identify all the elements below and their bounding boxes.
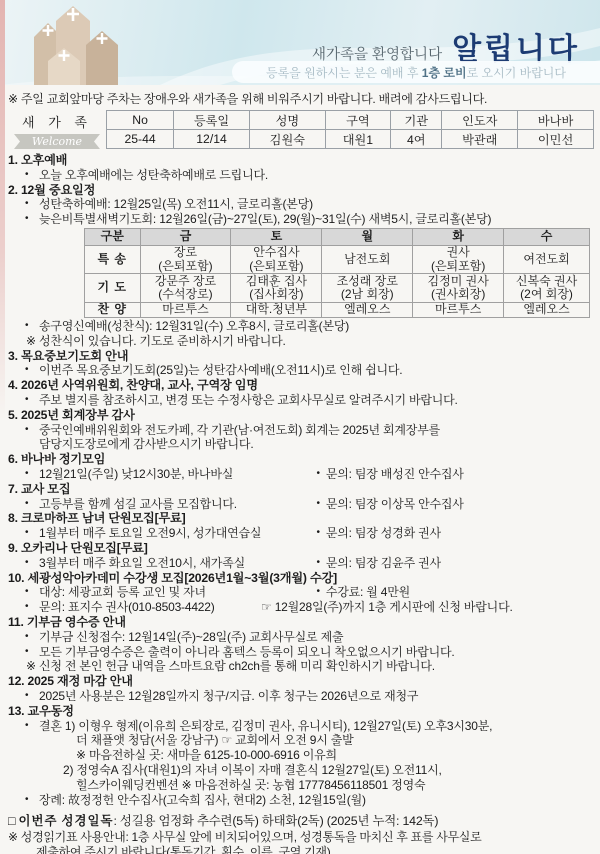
bullet-icon: •	[25, 585, 28, 600]
line-text-right: 수강료: 월 4만원	[326, 585, 410, 600]
section-line: •대상: 세광교회 등록 교인 및 자녀•수강료: 월 4만원	[8, 585, 594, 600]
schedule-row: 특 송장로(은퇴포함)안수집사(은퇴포함)남전도회권사(은퇴포함)여전도회	[85, 245, 590, 273]
reading-names: : 성길용 엄정화 추수련(5독) 하태화(2독) (2025년 누적: 142…	[113, 814, 438, 828]
bullet-icon: •	[25, 319, 28, 334]
schedule-header-row: 구분금토월화수	[85, 228, 590, 245]
bullet-icon: •	[317, 585, 320, 600]
schedule-col-header: 수	[504, 228, 590, 245]
schedule-row-label: 기 도	[85, 274, 141, 302]
schedule-cell-line: (수석장로)	[141, 288, 231, 301]
bullet-icon: •	[25, 645, 28, 660]
section-item: 13. 교우동정•결혼 1) 이형우 형제(이유희 은퇴장로, 김정미 권사, …	[8, 704, 594, 808]
schedule-cell-line: 안수집사	[231, 246, 321, 259]
welcome-ribbon-text: Welcome	[32, 135, 82, 148]
section-title: 6. 바나바 정기모임	[8, 452, 594, 467]
newcomer-col-header: 구역	[325, 111, 390, 130]
line-right-group: •수강료: 월 4만원	[317, 585, 595, 600]
line-right-group: •문의: 팀장 성경화 권사	[317, 526, 595, 541]
line-text-right: 문의: 팀장 성경화 권사	[326, 526, 441, 541]
reading-guide-line2: 제출하여 주시기 바랍니다(통독기간, 횟수, 이름, 구역 기재).	[8, 845, 594, 854]
schedule-cell-line: (은퇴포함)	[413, 260, 503, 273]
schedule-cell: 여전도회	[504, 245, 590, 273]
line-text: 성탄축하예배: 12월25일(목) 오전11시, 글로리홀(본당)	[39, 197, 313, 211]
bullet-icon: •	[25, 526, 28, 541]
line-text-left: 문의: 표지수 권사(010-8503-4422)	[39, 600, 261, 615]
section-line: •주보 별지를 참조하시고, 변경 또는 수정사항은 교회사무실로 알려주시기 …	[8, 393, 594, 408]
line-text-left: 3월부터 매주 화요일 오전10시, 새가족실	[39, 556, 317, 571]
schedule-cell: 조성래 장로(2남 회장)	[322, 274, 413, 302]
section-line: •이번주 목요중보기도회(25일)는 성탄감사예배(오전11시)로 인해 쉽니다…	[8, 363, 594, 378]
bullet-icon: •	[25, 556, 28, 571]
newcomer-col-header: 바나바	[518, 111, 594, 130]
line-text: 오늘 오후예배에는 성탄축하예배로 드립니다.	[39, 168, 268, 182]
line-text: 주보 별지를 참조하시고, 변경 또는 수정사항은 교회사무실로 알려주시기 바…	[39, 393, 458, 407]
line-text: 힐스카이웨딩컨벤션 ※ 마음전하실 곳: 농협 17778456118501 정…	[76, 778, 425, 792]
schedule-cell-line: 남전도회	[322, 253, 412, 266]
schedule-cell: 권사(은퇴포함)	[413, 245, 504, 273]
section-title: 10. 세광성악아카데미 수강생 모집[2026년1월~3월(3개월) 수강]	[8, 571, 594, 586]
section-line: ※ 마음전하실 곳: 새마을 6125-10-000-6916 이유희	[8, 748, 594, 763]
section-line: 더 채플앳 청담(서울 강남구) ☞ 교회에서 오전 9시 출발	[8, 733, 594, 748]
welcome-ribbon-badge: Welcome	[14, 134, 100, 149]
line-text: ※ 성찬식이 있습니다. 기도로 준비하시기 바랍니다.	[26, 334, 286, 348]
line-text-right: 문의: 팀장 배성진 안수집사	[326, 467, 464, 482]
newcomer-cell: 4여	[391, 130, 442, 149]
section-line: •2025년 사용분은 12월28일까지 청구/지급. 이후 청구는 2026년…	[8, 689, 594, 704]
bullet-icon: •	[25, 630, 28, 645]
line-text: 담당지도장로에게 감사받으시기 바랍니다.	[39, 437, 253, 451]
newcomer-col-header: 기관	[391, 111, 442, 130]
section-title: 13. 교우동정	[8, 704, 594, 719]
bulletin-page: 새가족을 환영합니다 알립니다 등록을 원하시는 분은 예배 후 1층 로비로 …	[0, 0, 600, 854]
section-title: 4. 2026년 사역위원회, 찬양대, 교사, 구역장 임명	[8, 378, 594, 393]
scan-edge-artifact	[0, 0, 5, 420]
newcomer-col-header: 성명	[249, 111, 325, 130]
newcomer-header-row: No등록일성명구역기관인도자바나바	[107, 111, 594, 130]
line-text-right: 문의: 팀장 이상목 안수집사	[326, 497, 464, 512]
section-item: 3. 목요중보기도회 안내•이번주 목요중보기도회(25일)는 성탄감사예배(오…	[8, 349, 594, 379]
schedule-cell: 김태훈 집사(집사회장)	[231, 274, 322, 302]
section-title: 2. 12월 중요일정	[8, 183, 594, 198]
section-item: 12. 2025 재정 마감 안내•2025년 사용분은 12월28일까지 청구…	[8, 674, 594, 704]
section-line: •송구영신예배(성찬식): 12월31일(수) 오후8시, 글로리홀(본당)	[8, 319, 594, 334]
registration-strip: 등록을 원하시는 분은 예배 후 1층 로비로 오시기 바랍니다	[232, 61, 600, 83]
reading-title: 이번주 성경일독	[19, 814, 114, 828]
schedule-cell-line: (2남 회장)	[322, 288, 412, 301]
schedule-row-label: 찬 양	[85, 302, 141, 317]
line-text-left: 고등부를 함께 섬길 교사를 모집합니다.	[39, 497, 317, 512]
reading-guide-line1: ※ 성경읽기표 사용안내: 1층 사무실 앞에 비치되어있으며, 성경통독을 마…	[8, 830, 594, 845]
line-text: 2025년 사용분은 12월28일까지 청구/지급. 이후 청구는 2026년으…	[39, 689, 418, 703]
line-text-left: 1월부터 매주 토요일 오전9시, 성가대연습실	[39, 526, 317, 541]
newcomer-label-area: 새 가 족 Welcome	[8, 110, 106, 149]
line-text: 중국인예배위원회와 전도카페, 각 기관(남·여전도회) 회계는 2025년 회…	[39, 423, 440, 437]
schedule-col-header: 월	[322, 228, 413, 245]
schedule-cell-line: (은퇴포함)	[231, 260, 321, 273]
newcomer-col-header: No	[107, 111, 174, 130]
section-line: •3월부터 매주 화요일 오전10시, 새가족실•문의: 팀장 김윤주 권사	[8, 556, 594, 571]
bullet-icon: •	[25, 689, 28, 704]
line-text: ※ 마음전하실 곳: 새마을 6125-10-000-6916 이유희	[76, 748, 337, 762]
section-line: •오늘 오후예배에는 성탄축하예배로 드립니다.	[8, 168, 594, 183]
parking-notice: ※ 주일 교회앞마당 주차는 장애우와 새가족을 위해 비워주시기 바랍니다. …	[8, 90, 594, 107]
newcomer-data-row: 25-4412/14김원숙대원14여박관래이민선	[107, 130, 594, 149]
section-line: ※ 신청 전 본인 헌금 내역을 스마트요람 ch2ch를 통해 미리 확인하시…	[8, 659, 594, 674]
newcomer-label: 새 가 족	[22, 112, 92, 131]
newcomer-cell: 12/14	[174, 130, 250, 149]
section-line: •기부금 신청접수: 12월14일(주)~28일(주) 교회사무실로 제출	[8, 630, 594, 645]
registration-text-suffix: 로 오시기 바랍니다	[467, 64, 566, 81]
schedule-cell: 남전도회	[322, 245, 413, 273]
line-text: 더 채플앳 청담(서울 강남구) ☞ 교회에서 오전 9시 출발	[76, 733, 354, 747]
bullet-icon: •	[317, 497, 320, 512]
bulletin-body: ※ 주일 교회앞마당 주차는 장애우와 새가족을 위해 비워주시기 바랍니다. …	[0, 85, 600, 854]
line-text: ※ 신청 전 본인 헌금 내역을 스마트요람 ch2ch를 통해 미리 확인하시…	[26, 659, 435, 673]
section-title: 12. 2025 재정 마감 안내	[8, 674, 594, 689]
section-title: 11. 기부금 영수증 안내	[8, 615, 594, 630]
schedule-cell-line: 권사	[413, 246, 503, 259]
schedule-cell: 강문주 장로(수석장로)	[140, 274, 231, 302]
newcomer-cell: 25-44	[107, 130, 174, 149]
checkbox-glyph: □	[8, 814, 15, 828]
announcement-sections: 1. 오후예배•오늘 오후예배에는 성탄축하예배로 드립니다.2. 12월 중요…	[8, 153, 594, 807]
section-item: 1. 오후예배•오늘 오후예배에는 성탄축하예배로 드립니다.	[8, 153, 594, 183]
registration-text-prefix: 등록을 원하시는 분은 예배 후	[266, 64, 422, 81]
section-item: 2. 12월 중요일정•성탄축하예배: 12월25일(목) 오전11시, 글로리…	[8, 183, 594, 349]
section-item: 11. 기부금 영수증 안내•기부금 신청접수: 12월14일(주)~28일(주…	[8, 615, 594, 674]
section-item: 6. 바나바 정기모임•12월21일(주일) 낮12시30분, 바나바실•문의:…	[8, 452, 594, 482]
newcomer-cell: 박관래	[442, 130, 518, 149]
schedule-row-label: 특 송	[85, 245, 141, 273]
section-line: •1월부터 매주 토요일 오전9시, 성가대연습실•문의: 팀장 성경화 권사	[8, 526, 594, 541]
bullet-icon: •	[317, 556, 320, 571]
bullet-icon: •	[25, 600, 28, 615]
section-line: •결혼 1) 이형우 형제(이유희 은퇴장로, 김정미 권사, 유니시티), 1…	[8, 719, 594, 734]
reading-guide-note: ※ 성경읽기표 사용안내: 1층 사무실 앞에 비치되어있으며, 성경통독을 마…	[8, 830, 594, 854]
line-text-right: 문의: 팀장 김윤주 권사	[326, 556, 441, 571]
section-line: •고등부를 함께 섬길 교사를 모집합니다.•문의: 팀장 이상목 안수집사	[8, 497, 594, 512]
schedule-cell-line: 대학.청년부	[231, 303, 321, 316]
section-item: 10. 세광성악아카데미 수강생 모집[2026년1월~3월(3개월) 수강]•…	[8, 571, 594, 615]
section-line: •늦은비특별새벽기도회: 12월26일(금)~27일(토), 29(월)~31일…	[8, 212, 594, 227]
schedule-cell: 김정미 권사(권사회장)	[413, 274, 504, 302]
header-banner: 새가족을 환영합니다 알립니다 등록을 원하시는 분은 예배 후 1층 로비로 …	[0, 0, 600, 85]
schedule-cell-line: (권사회장)	[413, 288, 503, 301]
schedule-cell: 엘레오스	[504, 302, 590, 317]
bullet-icon: •	[25, 467, 28, 482]
section-title: 3. 목요중보기도회 안내	[8, 349, 594, 364]
schedule-cell: 안수집사(은퇴포함)	[231, 245, 322, 273]
newcomer-cell: 이민선	[518, 130, 594, 149]
line-right-group: •문의: 팀장 김윤주 권사	[317, 556, 595, 571]
schedule-row: 기 도강문주 장로(수석장로)김태훈 집사(집사회장)조성래 장로(2남 회장)…	[85, 274, 590, 302]
schedule-cell: 마르투스	[413, 302, 504, 317]
schedule-cell-line: (은퇴포함)	[141, 260, 231, 273]
schedule-cell-line: 마르투스	[141, 303, 231, 316]
schedule-col-header: 금	[140, 228, 231, 245]
church-illustration	[26, 3, 156, 85]
registration-text-bold: 1층 로비	[422, 64, 467, 81]
bible-reading-footer: □ 이번주 성경일독: 성길용 엄정화 추수련(5독) 하태화(2독) (202…	[8, 814, 594, 854]
line-right-group: •문의: 팀장 배성진 안수집사	[317, 467, 595, 482]
schedule-cell-line: 여전도회	[504, 253, 589, 266]
section-line: •성탄축하예배: 12월25일(목) 오전11시, 글로리홀(본당)	[8, 197, 594, 212]
section-line: 힐스카이웨딩컨벤션 ※ 마음전하실 곳: 농협 17778456118501 정…	[8, 778, 594, 793]
newcomer-cell: 김원숙	[249, 130, 325, 149]
schedule-cell-line: 엘레오스	[504, 303, 589, 316]
bullet-icon: •	[317, 526, 320, 541]
bullet-icon: •	[25, 197, 28, 212]
line-text-left: 대상: 세광교회 등록 교인 및 자녀	[39, 585, 317, 600]
line-text: 늦은비특별새벽기도회: 12월26일(금)~27일(토), 29(월)~31일(…	[39, 212, 491, 226]
section-item: 5. 2025년 회계장부 감사•중국인예배위원회와 전도카페, 각 기관(남·…	[8, 408, 594, 452]
section-line: •중국인예배위원회와 전도카페, 각 기관(남·여전도회) 회계는 2025년 …	[8, 423, 594, 438]
section-line: 담당지도장로에게 감사받으시기 바랍니다.	[8, 437, 594, 452]
section-item: 7. 교사 모집•고등부를 함께 섬길 교사를 모집합니다.•문의: 팀장 이상…	[8, 482, 594, 512]
schedule-cell-line: (2여 회장)	[504, 288, 589, 301]
bible-reading-line: □ 이번주 성경일독: 성길용 엄정화 추수련(5독) 하태화(2독) (202…	[8, 814, 594, 830]
section-title: 7. 교사 모집	[8, 482, 594, 497]
bullet-icon: •	[25, 497, 28, 512]
section-line: ※ 성찬식이 있습니다. 기도로 준비하시기 바랍니다.	[8, 334, 594, 349]
line-text: 기부금 신청접수: 12월14일(주)~28일(주) 교회사무실로 제출	[39, 630, 343, 644]
section-line: •문의: 표지수 권사(010-8503-4422)☞ 12월28일(주)까지 …	[8, 600, 594, 615]
section-title: 9. 오카리나 단원모집[무료]	[8, 541, 594, 556]
bullet-icon: •	[25, 719, 28, 734]
bullet-icon: •	[25, 168, 28, 183]
section-line: •12월21일(주일) 낮12시30분, 바나바실•문의: 팀장 배성진 안수집…	[8, 467, 594, 482]
line-text: 송구영신예배(성찬식): 12월31일(수) 오후8시, 글로리홀(본당)	[39, 319, 349, 333]
schedule-col-header: 구분	[85, 228, 141, 245]
bullet-icon: •	[25, 212, 28, 227]
bullet-icon: •	[25, 423, 28, 438]
newcomer-cell: 대원1	[325, 130, 390, 149]
line-text: 결혼 1) 이형우 형제(이유희 은퇴장로, 김정미 권사, 유니시티), 12…	[39, 719, 492, 733]
section-line: •모든 기부금영수증은 출력이 아니라 홈텍스 등록이 되오니 착오없으시기 바…	[8, 645, 594, 660]
schedule-cell: 마르투스	[140, 302, 231, 317]
schedule-row: 찬 양마르투스대학.청년부엘레오스마르투스엘레오스	[85, 302, 590, 317]
schedule-cell: 대학.청년부	[231, 302, 322, 317]
bullet-icon: •	[25, 363, 28, 378]
schedule-col-header: 화	[413, 228, 504, 245]
bullet-icon: •	[25, 793, 28, 808]
schedule-head: 구분금토월화수	[85, 228, 590, 245]
bullet-icon: •	[317, 467, 320, 482]
line-text: 2) 정영숙A 집사(대원1)의 자녀 이복이 자매 결혼식 12월27일(토)…	[63, 763, 442, 777]
section-item: 8. 크로마하프 남녀 단원모집[무료]•1월부터 매주 토요일 오전9시, 성…	[8, 511, 594, 541]
schedule-col-header: 토	[231, 228, 322, 245]
line-text-right: ☞ 12월28일(주)까지 1층 게시판에 신청 바랍니다.	[261, 600, 513, 615]
schedule-cell-line: 마르투스	[413, 303, 503, 316]
schedule-cell-line: 장로	[141, 246, 231, 259]
newcomer-col-header: 등록일	[174, 111, 250, 130]
schedule-cell: 엘레오스	[322, 302, 413, 317]
section-title: 1. 오후예배	[8, 153, 594, 168]
line-text: 모든 기부금영수증은 출력이 아니라 홈텍스 등록이 되오니 착오없으시기 바랍…	[39, 645, 455, 659]
section-title: 8. 크로마하프 남녀 단원모집[무료]	[8, 511, 594, 526]
schedule-table: 구분금토월화수특 송장로(은퇴포함)안수집사(은퇴포함)남전도회권사(은퇴포함)…	[84, 228, 590, 318]
line-text: 이번주 목요중보기도회(25일)는 성탄감사예배(오전11시)로 인해 쉽니다.	[39, 363, 402, 377]
schedule-cell: 신복숙 권사(2여 회장)	[504, 274, 590, 302]
line-right-group: ☞ 12월28일(주)까지 1층 게시판에 신청 바랍니다.	[261, 600, 594, 615]
section-item: 4. 2026년 사역위원회, 찬양대, 교사, 구역장 임명•주보 별지를 참…	[8, 378, 594, 408]
line-text-left: 12월21일(주일) 낮12시30분, 바나바실	[39, 467, 317, 482]
bullet-icon: •	[25, 393, 28, 408]
schedule-cell: 장로(은퇴포함)	[140, 245, 231, 273]
section-title: 5. 2025년 회계장부 감사	[8, 408, 594, 423]
section-line: 2) 정영숙A 집사(대원1)의 자녀 이복이 자매 결혼식 12월27일(토)…	[8, 763, 594, 778]
schedule-cell-line: 엘레오스	[322, 303, 412, 316]
newcomer-block: 새 가 족 Welcome No등록일성명구역기관인도자바나바25-4412/1…	[8, 110, 594, 149]
schedule-cell-line: (집사회장)	[231, 288, 321, 301]
section-item: 9. 오카리나 단원모집[무료]•3월부터 매주 화요일 오전10시, 새가족실…	[8, 541, 594, 571]
schedule-body: 특 송장로(은퇴포함)안수집사(은퇴포함)남전도회권사(은퇴포함)여전도회기 도…	[85, 245, 590, 317]
line-right-group: •문의: 팀장 이상목 안수집사	[317, 497, 595, 512]
newcomer-col-header: 인도자	[442, 111, 518, 130]
line-text: 장례: 故정정헌 안수집사(고숙희 집사, 현대2) 소천, 12월15일(월)	[39, 793, 366, 807]
section-line: •장례: 故정정헌 안수집사(고숙희 집사, 현대2) 소천, 12월15일(월…	[8, 793, 594, 808]
newcomer-table: No등록일성명구역기관인도자바나바25-4412/14김원숙대원14여박관래이민…	[106, 110, 594, 149]
